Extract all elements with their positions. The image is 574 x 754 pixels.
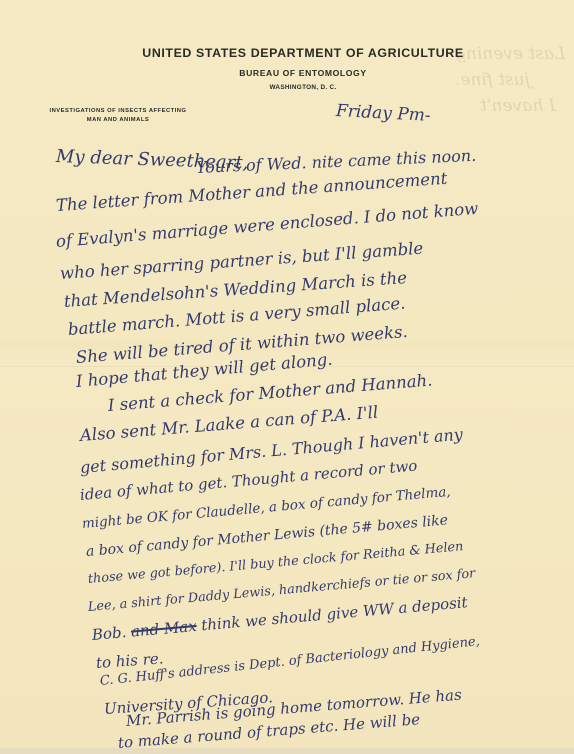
letterhead-bureau: BUREAU OF ENTOMOLOGY (16, 68, 574, 78)
letterhead-division: INVESTIGATIONS OF INSECTS AFFECTING MAN … (28, 107, 208, 125)
division-line-1: INVESTIGATIONS OF INSECTS AFFECTING (28, 107, 208, 116)
bleed-through-text: I haven't (480, 96, 555, 116)
page-bottom-edge (0, 748, 574, 754)
letterhead-city: WASHINGTON, D. C. (16, 84, 574, 91)
crossed-out-text: and Max (130, 617, 197, 641)
division-line-2: MAN AND ANIMALS (28, 116, 208, 125)
letter-fragment: Bob. (91, 623, 127, 644)
dateline: Friday Pm- (335, 101, 431, 126)
letterhead-title: UNITED STATES DEPARTMENT OF AGRICULTURE (16, 46, 574, 60)
letter-page: Last evening just fine. I haven't UNITED… (0, 0, 574, 754)
